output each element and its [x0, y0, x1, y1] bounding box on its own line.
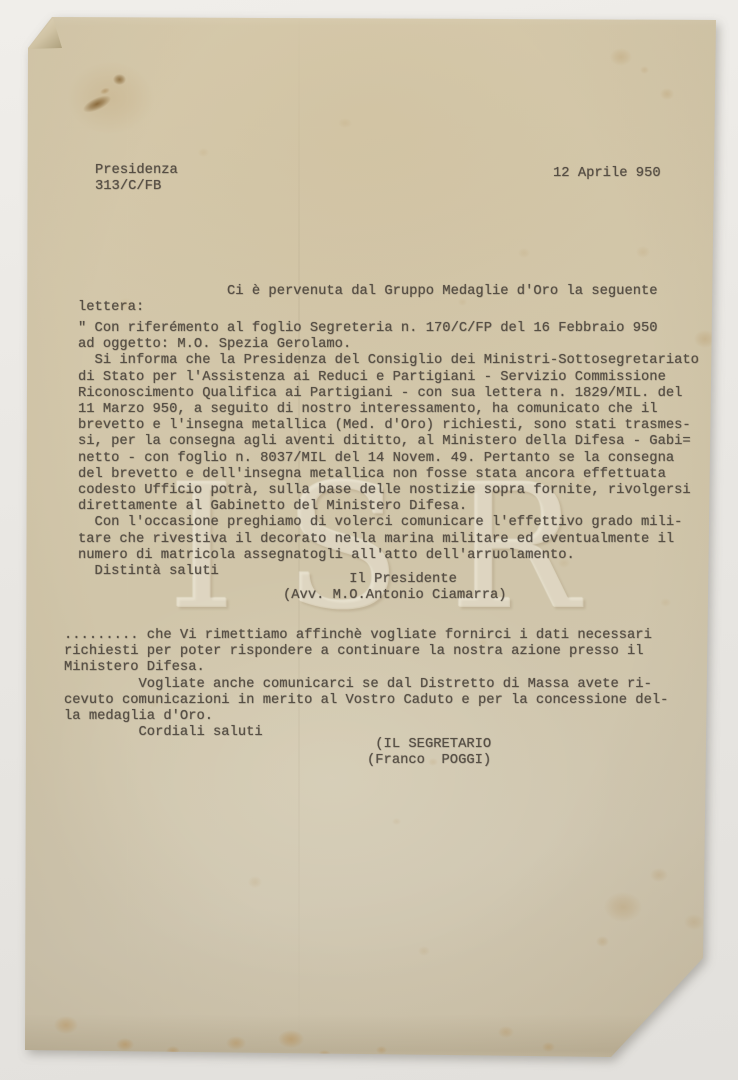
paper: ISR Presidenza 313/C/FB 12 Aprile 950 Ci…	[0, 0, 738, 1080]
foxing-stain	[88, 1056, 98, 1063]
paper-shadow-wrap: ISR Presidenza 313/C/FB 12 Aprile 950 Ci…	[0, 0, 738, 1080]
paper-bottom-shade	[0, 1014, 738, 1060]
paper-vignette	[0, 0, 738, 1080]
scanned-letter-page: { "document": { "reference": ["Presidenz…	[0, 0, 738, 1080]
